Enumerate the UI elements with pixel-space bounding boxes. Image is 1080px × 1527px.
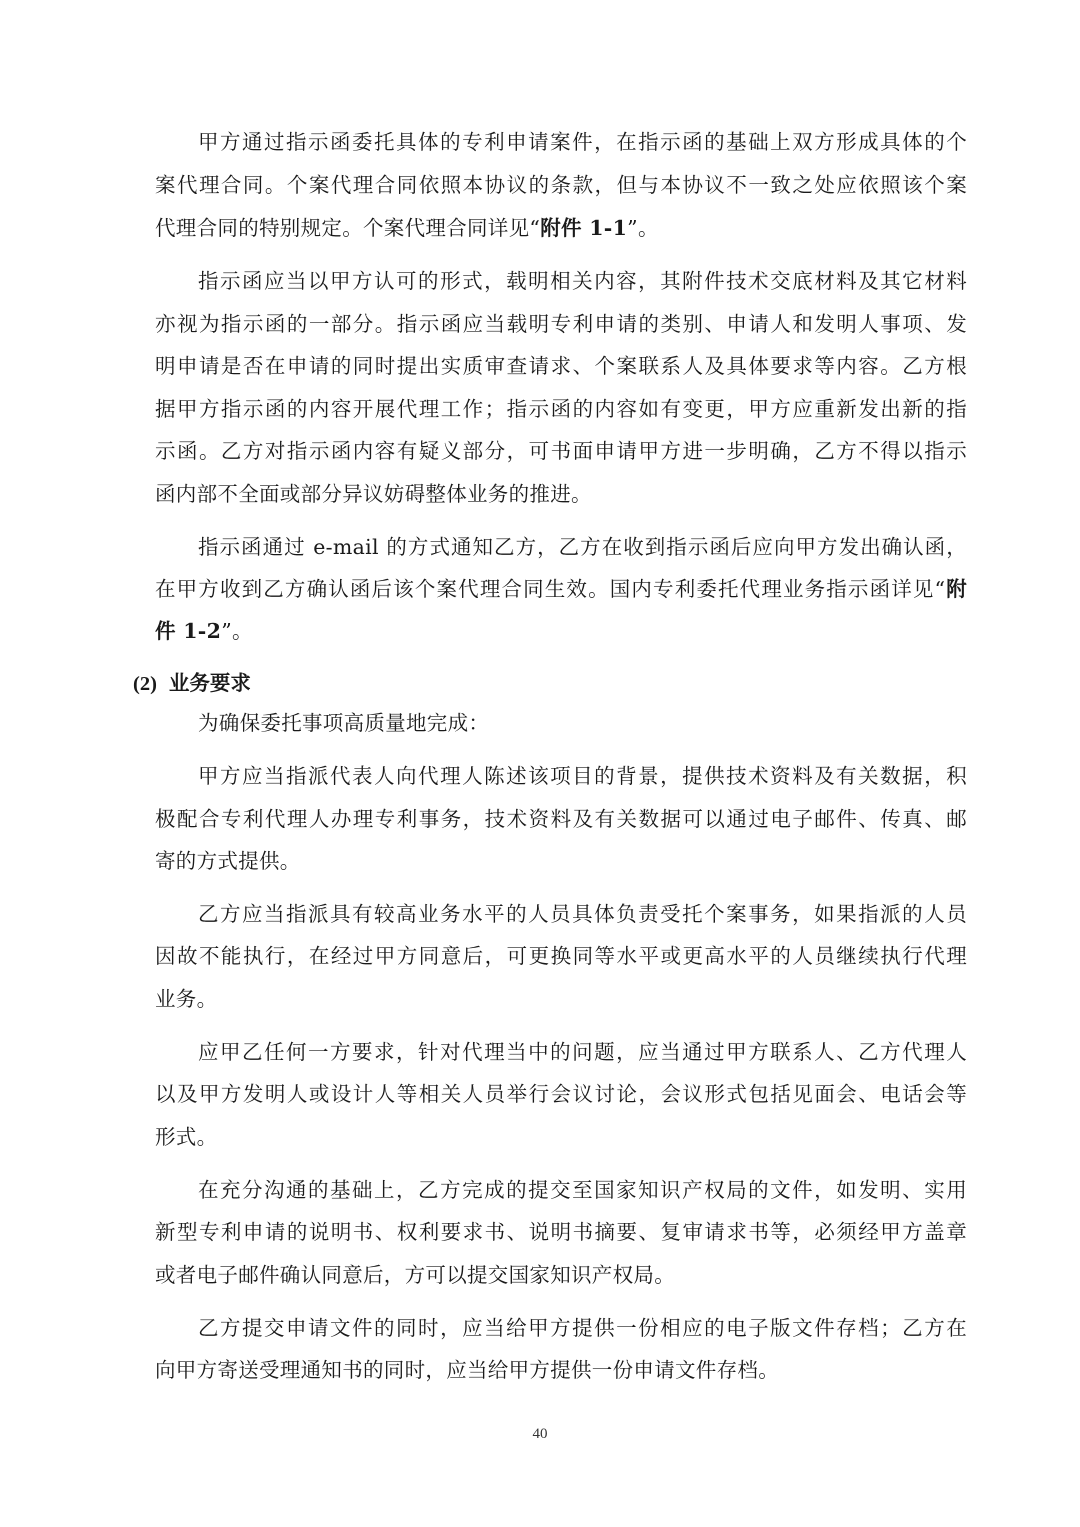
text-line: 件 1-2”。: [155, 617, 967, 645]
section-title: 业务要求: [169, 671, 251, 695]
text-line: 业务。: [155, 985, 967, 1013]
text-line: 在充分沟通的基础上，乙方完成的提交至国家知识产权局的文件，如发明、实用: [198, 1176, 967, 1204]
page-number: 40: [0, 1424, 1080, 1444]
document-page: 甲方通过指示函委托具体的专利申请案件，在指示函的基础上双方形成具体的个 案代理合…: [0, 0, 1080, 1527]
text-line: 函内部不全面或部分异议妨碍整体业务的推进。: [155, 480, 967, 508]
text-line: 案代理合同。个案代理合同依照本协议的条款，但与本协议不一致之处应依照该个案: [155, 171, 967, 199]
text-line: 甲方应当指派代表人向代理人陈述该项目的背景，提供技术资料及有关数据，积: [198, 762, 967, 790]
text-line: 据甲方指示函的内容开展代理工作；指示函的内容如有变更，甲方应重新发出新的指: [155, 395, 967, 423]
text-line: 为确保委托事项高质量地完成：: [198, 709, 967, 737]
text-line: 指示函通过 e-mail 的方式通知乙方，乙方在收到指示函后应向甲方发出确认函，: [198, 533, 967, 561]
attachment-reference: 附件 1-1: [540, 216, 627, 240]
text-line: 示函。乙方对指示函内容有疑义部分，可书面申请甲方进一步明确，乙方不得以指示: [155, 437, 967, 465]
text-run: ”。: [627, 216, 659, 240]
attachment-reference: 件 1-2: [155, 619, 221, 643]
section-number: (2): [133, 673, 157, 695]
text-line: 寄的方式提供。: [155, 847, 967, 875]
text-line: 以及甲方发明人或设计人等相关人员举行会议讨论，会议形式包括见面会、电话会等: [155, 1080, 967, 1108]
text-line: 或者电子邮件确认同意后，方可以提交国家知识产权局。: [155, 1261, 967, 1289]
section-heading: (2)业务要求: [133, 669, 251, 698]
text-run: ”。: [221, 619, 253, 643]
text-line: 亦视为指示函的一部分。指示函应当载明专利申请的类别、申请人和发明人事项、发: [155, 310, 967, 338]
text-line: 乙方应当指派具有较高业务水平的人员具体负责受托个案事务，如果指派的人员: [198, 900, 967, 928]
text-line: 代理合同的特别规定。个案代理合同详见“附件 1-1”。: [155, 214, 967, 242]
text-line: 形式。: [155, 1123, 967, 1151]
text-line: 甲方通过指示函委托具体的专利申请案件，在指示函的基础上双方形成具体的个: [198, 128, 967, 156]
text-line: 在甲方收到乙方确认函后该个案代理合同生效。国内专利委托代理业务指示函详见“附: [155, 575, 967, 603]
text-line: 应甲乙任何一方要求，针对代理当中的问题，应当通过甲方联系人、乙方代理人: [198, 1038, 967, 1066]
text-run: 代理合同的特别规定。个案代理合同详见“: [155, 216, 540, 240]
text-line: 明申请是否在申请的同时提出实质审查请求、个案联系人及具体要求等内容。乙方根: [155, 352, 967, 380]
text-line: 极配合专利代理人办理专利事务，技术资料及有关数据可以通过电子邮件、传真、邮: [155, 805, 967, 833]
text-run: 在甲方收到乙方确认函后该个案代理合同生效。国内专利委托代理业务指示函详见“: [155, 577, 945, 601]
text-line: 因故不能执行，在经过甲方同意后，可更换同等水平或更高水平的人员继续执行代理: [155, 942, 967, 970]
text-line: 指示函应当以甲方认可的形式，载明相关内容，其附件技术交底材料及其它材料: [198, 267, 967, 295]
text-line: 新型专利申请的说明书、权利要求书、说明书摘要、复审请求书等，必须经甲方盖章: [155, 1218, 967, 1246]
text-line: 向甲方寄送受理通知书的同时，应当给甲方提供一份申请文件存档。: [155, 1356, 967, 1384]
attachment-reference: 附: [945, 577, 967, 601]
text-line: 乙方提交申请文件的同时，应当给甲方提供一份相应的电子版文件存档；乙方在: [198, 1314, 967, 1342]
